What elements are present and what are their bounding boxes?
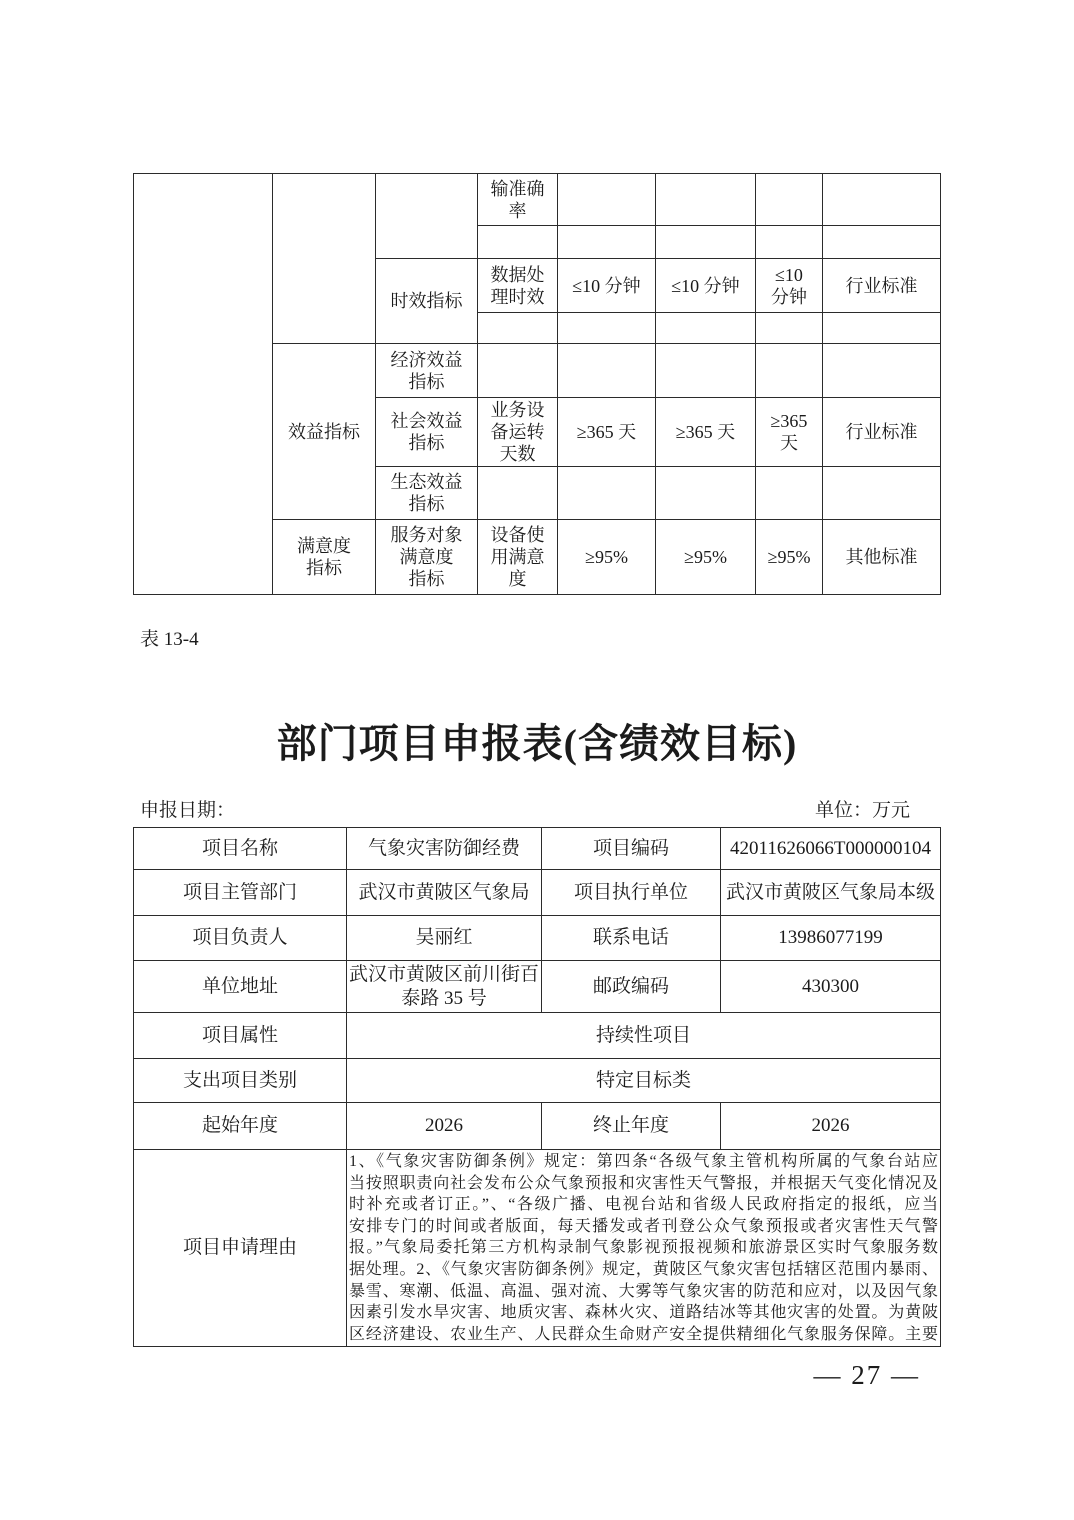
cell-empty-value1	[558, 226, 656, 259]
cell-empty-standard	[823, 226, 941, 259]
cell-satisfaction-value2: ≥95%	[656, 520, 756, 595]
cell-accuracy-value1	[558, 174, 656, 226]
cell-phone-label: 联系电话	[542, 916, 721, 961]
document-page: 输准确 率 时效指标 数据处 理时效 ≤10 分钟 ≤10 分钟 ≤10 分钟 …	[0, 0, 1074, 1520]
cell-social-value1: ≥365 天	[558, 398, 656, 467]
cell-empty-metric	[478, 226, 558, 259]
cut-level3-cell	[376, 174, 478, 259]
cell-social-standard: 行业标准	[823, 398, 941, 467]
cell-exec-unit-label: 项目执行单位	[542, 870, 721, 916]
cell-economic-value1	[558, 344, 656, 398]
cell-empty-value3	[756, 226, 823, 259]
cell-accuracy-standard	[823, 174, 941, 226]
cell-ecological-value1	[558, 467, 656, 520]
cell-ecological-value2	[656, 467, 756, 520]
cell-empty-metric	[478, 313, 558, 344]
cell-accuracy-metric: 输准确 率	[478, 174, 558, 226]
cell-timeliness-standard: 行业标准	[823, 259, 941, 313]
cell-dept: 武汉市黄陂区气象局	[347, 870, 542, 916]
cell-reason-label: 项目申请理由	[134, 1150, 347, 1347]
cell-economic-value2	[656, 344, 756, 398]
cell-satisfaction-group: 满意度 指标	[273, 520, 376, 595]
cell-social-category: 社会效益 指标	[376, 398, 478, 467]
cell-economic-value3	[756, 344, 823, 398]
performance-indicators-table: 输准确 率 时效指标 数据处 理时效 ≤10 分钟 ≤10 分钟 ≤10 分钟 …	[133, 173, 941, 595]
table-caption: 表 13-4	[140, 624, 199, 651]
cell-empty-value2	[656, 313, 756, 344]
page-title: 部门项目申报表(含绩效目标)	[0, 712, 1074, 769]
cell-social-metric: 业务设 备运转 天数	[478, 398, 558, 467]
cell-end-year: 2026	[721, 1103, 941, 1150]
cell-satisfaction-category: 服务对象 满意度 指标	[376, 520, 478, 595]
cell-satisfaction-value1: ≥95%	[558, 520, 656, 595]
cell-ecological-category: 生态效益 指标	[376, 467, 478, 520]
cell-empty-standard	[823, 313, 941, 344]
project-application-table: 项目名称 气象灾害防御经费 项目编码 42011626066T000000104…	[133, 827, 941, 1347]
cell-leader-label: 项目负责人	[134, 916, 347, 961]
cell-end-year-label: 终止年度	[542, 1103, 721, 1150]
cell-postcode-label: 邮政编码	[542, 961, 721, 1013]
cell-empty-value1	[558, 313, 656, 344]
cell-benefit-group: 效益指标	[273, 344, 376, 520]
meta-row: 申报日期： 单位：万元	[133, 795, 940, 822]
cell-ecological-value3	[756, 467, 823, 520]
page-number: — 27 —	[814, 1360, 921, 1391]
unit-label: 单位：万元	[815, 795, 940, 822]
cell-project-code: 42011626066T000000104	[721, 828, 941, 870]
cell-start-year-label: 起始年度	[134, 1103, 347, 1150]
cell-timeliness-value1: ≤10 分钟	[558, 259, 656, 313]
cell-social-value3: ≥365 天	[756, 398, 823, 467]
cell-timeliness-category: 时效指标	[376, 259, 478, 344]
cell-attribute-label: 项目属性	[134, 1013, 347, 1059]
cut-level1-cell	[134, 174, 273, 595]
cell-accuracy-value3	[756, 174, 823, 226]
cell-economic-metric	[478, 344, 558, 398]
cell-project-name-label: 项目名称	[134, 828, 347, 870]
cell-category-label: 支出项目类别	[134, 1059, 347, 1103]
cell-address: 武汉市黄陂区前川街百 泰路 35 号	[347, 961, 542, 1013]
cell-project-code-label: 项目编码	[542, 828, 721, 870]
cell-postcode: 430300	[721, 961, 941, 1013]
cell-empty-value3	[756, 313, 823, 344]
cell-dept-label: 项目主管部门	[134, 870, 347, 916]
cell-satisfaction-value3: ≥95%	[756, 520, 823, 595]
cell-reason-text: 1、《气象灾害防御条例》规定：第四条“各级气象主管机构所属的气象台站应 当按照职…	[347, 1150, 941, 1347]
cell-leader: 吴丽红	[347, 916, 542, 961]
cell-satisfaction-standard: 其他标准	[823, 520, 941, 595]
cell-start-year: 2026	[347, 1103, 542, 1150]
cell-ecological-standard	[823, 467, 941, 520]
cell-economic-standard	[823, 344, 941, 398]
report-date-label: 申报日期：	[133, 795, 235, 822]
cell-satisfaction-metric: 设备使 用满意 度	[478, 520, 558, 595]
cell-timeliness-value2: ≤10 分钟	[656, 259, 756, 313]
cell-address-label: 单位地址	[134, 961, 347, 1013]
cell-economic-category: 经济效益 指标	[376, 344, 478, 398]
cell-project-name: 气象灾害防御经费	[347, 828, 542, 870]
cell-exec-unit: 武汉市黄陂区气象局本级	[721, 870, 941, 916]
cell-timeliness-value3: ≤10 分钟	[756, 259, 823, 313]
cell-phone: 13986077199	[721, 916, 941, 961]
cell-accuracy-value2	[656, 174, 756, 226]
cell-ecological-metric	[478, 467, 558, 520]
cell-social-value2: ≥365 天	[656, 398, 756, 467]
cell-category: 特定目标类	[347, 1059, 941, 1103]
cell-timeliness-metric: 数据处 理时效	[478, 259, 558, 313]
cell-attribute: 持续性项目	[347, 1013, 941, 1059]
cut-level2-cell	[273, 174, 376, 344]
cell-empty-value2	[656, 226, 756, 259]
